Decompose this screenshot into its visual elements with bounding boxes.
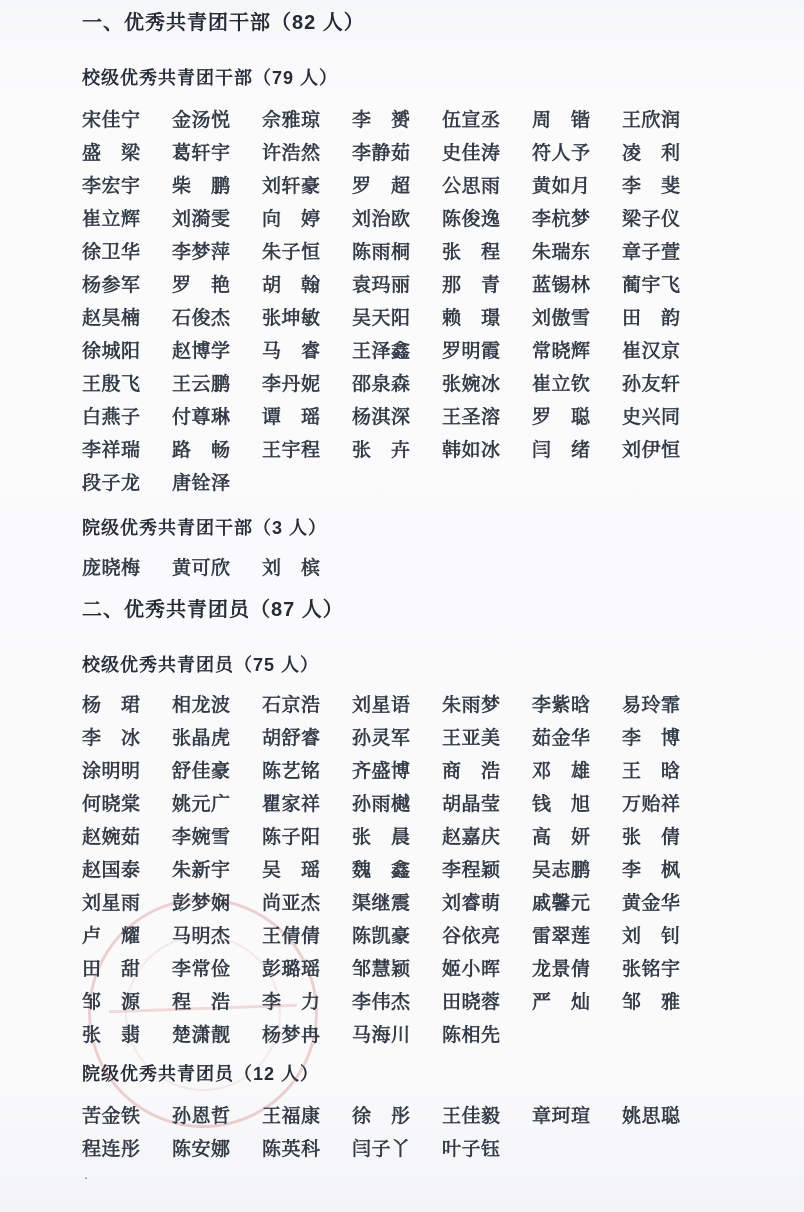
person-name: 渠继震 (352, 887, 442, 920)
person-name: 李静茹 (352, 137, 442, 170)
person-name: 章珂瑄 (532, 1100, 622, 1133)
person-name: 陈英科 (262, 1133, 352, 1166)
person-name: 叶子钰 (442, 1133, 532, 1166)
person-name: 徐 彤 (352, 1100, 442, 1133)
person-name: 公思雨 (442, 170, 532, 203)
person-name: 邹慧颖 (352, 953, 442, 986)
person-name: 张 翡 (82, 1019, 172, 1052)
person-name: 张 晨 (352, 821, 442, 854)
person-name: 许浩然 (262, 137, 352, 170)
person-name: 罗 聪 (532, 401, 622, 434)
person-name: 王欣润 (622, 104, 712, 137)
person-name: 崔立钦 (532, 368, 622, 401)
person-name: 王泽鑫 (352, 335, 442, 368)
person-name: 田 甜 (82, 953, 172, 986)
person-name: 何晓棠 (82, 788, 172, 821)
person-name: 张坤敏 (262, 302, 352, 335)
person-name: 史佳涛 (442, 137, 532, 170)
person-name: 孙友轩 (622, 368, 712, 401)
document-content: 一、优秀共青团干部（82 人） 校级优秀共青团干部（79 人） 宋佳宁金汤悦佘雅… (82, 6, 742, 1166)
person-name: 黄如月 (532, 170, 622, 203)
person-name: 柴 鹏 (172, 170, 262, 203)
person-name: 刘轩豪 (262, 170, 352, 203)
person-name: 刘傲雪 (532, 302, 622, 335)
person-name: 齐盛博 (352, 755, 442, 788)
person-name: 杨梦冉 (262, 1019, 352, 1052)
person-name: 付尊琳 (172, 401, 262, 434)
person-name: 李 博 (622, 722, 712, 755)
person-name: 张 程 (442, 236, 532, 269)
person-name: 苦金铁 (82, 1100, 172, 1133)
person-name: 谷依亮 (442, 920, 532, 953)
subsection-school-members-title: 校级优秀共青团员（75 人） (82, 653, 742, 677)
person-name: 王佳毅 (442, 1100, 532, 1133)
person-name: 杨 珺 (82, 689, 172, 722)
person-name: 路 畅 (172, 434, 262, 467)
person-name: 白燕子 (82, 401, 172, 434)
person-name: 邓 雄 (532, 755, 622, 788)
person-name: 邹 源 (82, 986, 172, 1019)
person-name: 赖 璟 (442, 302, 532, 335)
person-name: 陈艺铭 (262, 755, 352, 788)
person-name: 金汤悦 (172, 104, 262, 137)
person-name: 陈安娜 (172, 1133, 262, 1166)
person-name: 李婉雪 (172, 821, 262, 854)
person-name: 舒佳豪 (172, 755, 262, 788)
person-name: 万贻祥 (622, 788, 712, 821)
person-name: 向 婷 (262, 203, 352, 236)
person-name: 陈雨桐 (352, 236, 442, 269)
person-name: 胡 翰 (262, 269, 352, 302)
person-name: 杨淇深 (352, 401, 442, 434)
person-name: 龙景倩 (532, 953, 622, 986)
person-name: 蓝锡林 (532, 269, 622, 302)
person-name: 李祥瑞 (82, 434, 172, 467)
person-name: 陈子阳 (262, 821, 352, 854)
roster-school-members: 杨 珺相龙波石京浩刘星语朱雨梦李紫晗易玲霏李 冰张晶虎胡舒睿孙灵军王亚美茹金华李… (82, 689, 742, 1052)
person-name: 田 韵 (622, 302, 712, 335)
person-name: 邹 雅 (622, 986, 712, 1019)
person-name: 姚元广 (172, 788, 262, 821)
person-name: 尚亚杰 (262, 887, 352, 920)
person-name: 石京浩 (262, 689, 352, 722)
person-name: 姚思聪 (622, 1100, 712, 1133)
person-name: 刘伊恒 (622, 434, 712, 467)
person-name: 李 冰 (82, 722, 172, 755)
person-name: 彭璐瑶 (262, 953, 352, 986)
person-name: 朱雨梦 (442, 689, 532, 722)
person-name: 赵国泰 (82, 854, 172, 887)
person-name: 赵婉茹 (82, 821, 172, 854)
person-name: 朱新宇 (172, 854, 262, 887)
person-name: 杨参军 (82, 269, 172, 302)
person-name: 陈相先 (442, 1019, 532, 1052)
person-name: 刘 槟 (262, 552, 352, 585)
person-name: 常晓辉 (532, 335, 622, 368)
person-name: 李紫晗 (532, 689, 622, 722)
person-name: 马海川 (352, 1019, 442, 1052)
person-name: 周 锴 (532, 104, 622, 137)
person-name: 瞿家祥 (262, 788, 352, 821)
person-name: 黄金华 (622, 887, 712, 920)
person-name: 吴天阳 (352, 302, 442, 335)
person-name: 钱 旭 (532, 788, 622, 821)
person-name: 李常俭 (172, 953, 262, 986)
person-name: 王亚美 (442, 722, 532, 755)
person-name: 姬小晖 (442, 953, 532, 986)
person-name: 马明杰 (172, 920, 262, 953)
person-name: 刘睿萌 (442, 887, 532, 920)
person-name: 李丹妮 (262, 368, 352, 401)
person-name: 茹金华 (532, 722, 622, 755)
person-name: 赵嘉庆 (442, 821, 532, 854)
person-name: 严 灿 (532, 986, 622, 1019)
person-name: 谭 瑶 (262, 401, 352, 434)
person-name: 魏 鑫 (352, 854, 442, 887)
person-name: 胡舒睿 (262, 722, 352, 755)
section-2-title: 二、优秀共青团员（87 人） (82, 597, 742, 623)
person-name: 李杭梦 (532, 203, 622, 236)
person-name: 罗 超 (352, 170, 442, 203)
subsection-school-cadres-title: 校级优秀共青团干部（79 人） (82, 66, 742, 90)
person-name: 张婉冰 (442, 368, 532, 401)
person-name: 王倩倩 (262, 920, 352, 953)
scan-artifact-dot: . (84, 1166, 88, 1182)
person-name: 宋佳宁 (82, 104, 172, 137)
subsection-college-cadres-title: 院级优秀共青团干部（3 人） (82, 516, 742, 540)
person-name: 李 枫 (622, 854, 712, 887)
person-name: 商 浩 (442, 755, 532, 788)
person-name: 徐卫华 (82, 236, 172, 269)
person-name: 崔汉京 (622, 335, 712, 368)
person-name: 李宏宇 (82, 170, 172, 203)
person-name: 赵博学 (172, 335, 262, 368)
person-name: 盛 梁 (82, 137, 172, 170)
person-name: 刘星语 (352, 689, 442, 722)
person-name: 章子萱 (622, 236, 712, 269)
person-name: 彭梦娴 (172, 887, 262, 920)
person-name: 孙灵军 (352, 722, 442, 755)
person-name: 楚潇靓 (172, 1019, 262, 1052)
person-name: 陈俊逸 (442, 203, 532, 236)
person-name: 那 青 (442, 269, 532, 302)
person-name: 王宇程 (262, 434, 352, 467)
roster-college-cadres: 庞晓梅黄可欣刘 槟 (82, 552, 742, 585)
person-name: 韩如冰 (442, 434, 532, 467)
person-name: 李 力 (262, 986, 352, 1019)
person-name: 唐铨泽 (172, 467, 262, 500)
person-name: 朱瑞东 (532, 236, 622, 269)
person-name: 石俊杰 (172, 302, 262, 335)
person-name: 张 卉 (352, 434, 442, 467)
person-name: 胡晶莹 (442, 788, 532, 821)
person-name: 吴志鹏 (532, 854, 622, 887)
person-name: 陈凯豪 (352, 920, 442, 953)
person-name: 张晶虎 (172, 722, 262, 755)
person-name: 张铭宇 (622, 953, 712, 986)
person-name: 邵泉森 (352, 368, 442, 401)
person-name: 王福康 (262, 1100, 352, 1133)
person-name: 涂明明 (82, 755, 172, 788)
person-name: 史兴同 (622, 401, 712, 434)
person-name: 李程颖 (442, 854, 532, 887)
person-name: 佘雅琼 (262, 104, 352, 137)
scanned-document-page: . 一、优秀共青团干部（82 人） 校级优秀共青团干部（79 人） 宋佳宁金汤悦… (0, 0, 804, 1212)
person-name: 刘治欧 (352, 203, 442, 236)
person-name: 孙恩哲 (172, 1100, 262, 1133)
person-name: 王云鹏 (172, 368, 262, 401)
person-name: 相龙波 (172, 689, 262, 722)
person-name: 王殷飞 (82, 368, 172, 401)
person-name: 刘 钊 (622, 920, 712, 953)
person-name: 程 浩 (172, 986, 262, 1019)
person-name: 马 睿 (262, 335, 352, 368)
person-name: 葛轩宇 (172, 137, 262, 170)
person-name: 凌 利 (622, 137, 712, 170)
person-name: 刘漪雯 (172, 203, 262, 236)
person-name: 刘星雨 (82, 887, 172, 920)
person-name: 雷翠莲 (532, 920, 622, 953)
person-name: 赵昊楠 (82, 302, 172, 335)
person-name: 黄可欣 (172, 552, 262, 585)
person-name: 段子龙 (82, 467, 172, 500)
subsection-college-members-title: 院级优秀共青团员（12 人） (82, 1062, 742, 1086)
person-name: 袁玛丽 (352, 269, 442, 302)
person-name: 崔立辉 (82, 203, 172, 236)
person-name: 梁子仪 (622, 203, 712, 236)
person-name: 王 晗 (622, 755, 712, 788)
person-name: 罗明霞 (442, 335, 532, 368)
person-name: 田晓蓉 (442, 986, 532, 1019)
person-name: 闫 绪 (532, 434, 622, 467)
person-name: 张 倩 (622, 821, 712, 854)
person-name: 吴 瑶 (262, 854, 352, 887)
person-name: 罗 艳 (172, 269, 262, 302)
person-name: 朱子恒 (262, 236, 352, 269)
person-name: 伍宣丞 (442, 104, 532, 137)
person-name: 李梦萍 (172, 236, 262, 269)
person-name: 蔺宇飞 (622, 269, 712, 302)
person-name: 戚馨元 (532, 887, 622, 920)
person-name: 徐城阳 (82, 335, 172, 368)
person-name: 李 赟 (352, 104, 442, 137)
person-name: 李 斐 (622, 170, 712, 203)
person-name: 卢 耀 (82, 920, 172, 953)
person-name: 符人予 (532, 137, 622, 170)
roster-school-cadres: 宋佳宁金汤悦佘雅琼李 赟伍宣丞周 锴王欣润盛 梁葛轩宇许浩然李静茹史佳涛符人予凌… (82, 104, 742, 500)
person-name: 闫子丫 (352, 1133, 442, 1166)
person-name: 庞晓梅 (82, 552, 172, 585)
person-name: 李伟杰 (352, 986, 442, 1019)
person-name: 孙雨樾 (352, 788, 442, 821)
person-name: 程连彤 (82, 1133, 172, 1166)
person-name: 王圣溶 (442, 401, 532, 434)
roster-college-members: 苦金铁孙恩哲王福康徐 彤王佳毅章珂瑄姚思聪程连彤陈安娜陈英科闫子丫叶子钰 (82, 1100, 742, 1166)
section-1-title: 一、优秀共青团干部（82 人） (82, 10, 742, 36)
person-name: 易玲霏 (622, 689, 712, 722)
person-name: 高 妍 (532, 821, 622, 854)
